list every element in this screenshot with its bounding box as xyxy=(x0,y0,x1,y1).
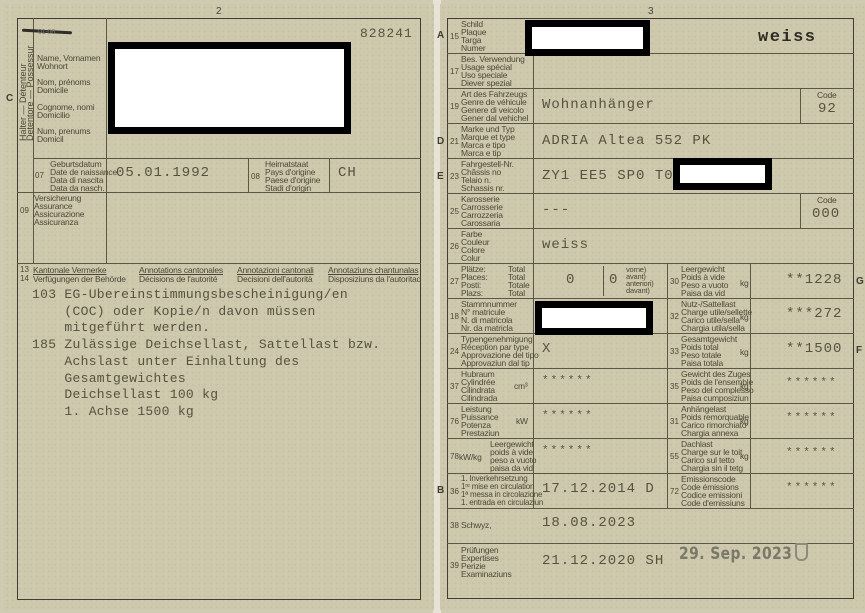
vehicle-type-code-label: Code xyxy=(817,91,837,99)
field-31-number: 31 xyxy=(670,417,679,426)
crossed-code: 01-06 xyxy=(38,29,55,37)
divider xyxy=(329,158,330,192)
row-14-col-2: Decisioni dell'autorità xyxy=(237,275,312,283)
field-17-number: 17 xyxy=(450,67,459,76)
field-27-front-3: davant) xyxy=(626,287,650,295)
field-55-unit: kg xyxy=(740,452,749,460)
total-weight-value: **1500 xyxy=(786,341,842,357)
divider xyxy=(17,263,421,264)
field-24-number: 24 xyxy=(450,347,459,356)
field-38-label: Schwyz, xyxy=(461,521,491,529)
field-26-label-3: Colur xyxy=(461,254,480,262)
power-weight-ratio-value: ****** xyxy=(542,445,594,457)
inspection-stamp: 29. Sep. 2023 xyxy=(679,544,792,564)
empty-weight-value: **1228 xyxy=(786,272,842,288)
issue-date-value: 18.08.2023 xyxy=(542,515,636,531)
row-13-col-0: Kantonale Vermerke xyxy=(33,266,106,274)
field-36-number: 36 xyxy=(450,487,459,496)
annotation-line-2: mitgeführt werden. xyxy=(32,320,210,336)
holder-label-3: Domicile xyxy=(37,86,68,94)
field-23-label-3: Schassis nr. xyxy=(461,184,504,192)
field-18-label-3: Nr. da matricla xyxy=(461,324,513,332)
field-33-label-3: Paisa totala xyxy=(681,359,723,367)
field-18-number: 18 xyxy=(450,312,459,321)
field-21-label-3: Marca e tip xyxy=(461,149,501,157)
field-32-number: 32 xyxy=(670,312,679,321)
field-78-prefix: kW/kg xyxy=(459,453,482,461)
body-type-code: 000 xyxy=(812,206,840,222)
field-24-label-3: Approvaziun dal tip xyxy=(461,359,530,367)
letter-d: D xyxy=(437,136,444,147)
roof-load-value: ****** xyxy=(786,447,838,459)
field-27-label-3: Plazs: xyxy=(461,289,483,297)
field-09-label-3: Assicuranza xyxy=(34,218,78,226)
body-type-value: --- xyxy=(542,202,570,218)
field-55-number: 55 xyxy=(670,452,679,461)
stamp-shield-icon xyxy=(795,543,808,561)
field-72-number: 72 xyxy=(670,487,679,496)
field-30-number: 30 xyxy=(670,277,679,286)
field-37-label-3: Cilindrada xyxy=(461,394,497,402)
field-23-number: 23 xyxy=(450,172,459,181)
field-72-label-3: Code d'emissiuns xyxy=(681,499,745,507)
type-approval-value: X xyxy=(542,341,551,357)
field-32-unit: kg xyxy=(740,313,749,321)
row-14-col-3: Disposiziuns da l'autoritad xyxy=(328,275,421,283)
divider xyxy=(447,368,854,369)
field-17-label-3: Diever spezial xyxy=(461,79,512,87)
divider xyxy=(447,508,854,509)
row-13-col-3: Annotaziuns chantunalas xyxy=(328,266,418,274)
field-15-number: 15 xyxy=(450,32,459,41)
field-27-total-3: Total xyxy=(508,289,525,297)
seats-total-value: 0 xyxy=(566,272,575,288)
payload-value: ***272 xyxy=(786,306,842,322)
field-09-number: 09 xyxy=(20,206,29,215)
emission-code-value: ****** xyxy=(786,482,838,494)
divider xyxy=(106,18,107,263)
field-33-number: 33 xyxy=(670,347,679,356)
field-21-number: 21 xyxy=(450,137,459,146)
field-26-number: 26 xyxy=(450,242,459,251)
field-31-label-3: Chargia annexa xyxy=(681,429,738,437)
divider xyxy=(800,88,801,123)
field-36-label-3: 1. entrada en circulaziun xyxy=(461,499,543,507)
displacement-value: ****** xyxy=(542,375,594,387)
birth-date-value: 05.01.1992 xyxy=(116,165,210,181)
letter-g: G xyxy=(856,276,864,287)
field-30-label-3: Paisa da vid xyxy=(681,289,725,297)
field-19-label-3: Gener dal vehichel xyxy=(461,114,528,122)
divider xyxy=(447,403,854,404)
field-07-number: 07 xyxy=(35,171,44,180)
field-25-number: 25 xyxy=(450,207,459,216)
letter-f: F xyxy=(856,345,862,356)
field-33-unit: kg xyxy=(740,348,749,356)
annotation-line-0: 103 EG-Ubereinstimmungsbescheinigung/en xyxy=(32,287,348,303)
field-39-number: 39 xyxy=(450,561,459,570)
towing-capacity-value: ****** xyxy=(786,412,838,424)
chassis-number-value: ZY1 EE5 SP0 T00 xyxy=(542,168,683,184)
holder-label-7: Domicil xyxy=(37,135,63,143)
field-39-label-3: Examinaziuns xyxy=(461,570,512,578)
letter-b: B xyxy=(437,485,444,496)
annotation-line-3: 185 Zulässige Deichsellast, Sattellast b… xyxy=(32,337,380,353)
field-78-label-3: paisa da vid xyxy=(490,464,533,472)
divider xyxy=(800,193,801,228)
field-35-label-3: Paisa cumposiziun xyxy=(681,394,748,402)
vehicle-type-code: 92 xyxy=(818,101,837,117)
field-32-label-3: Chargia utila/sella xyxy=(681,324,745,332)
divider xyxy=(447,228,854,229)
divider xyxy=(447,543,854,544)
holder-side-label-2: Detentore — Possessur xyxy=(26,45,35,141)
divider xyxy=(248,158,249,192)
field-08-label-3: Stadi d'origin xyxy=(265,184,311,192)
field-35-number: 35 xyxy=(670,382,679,391)
field-76-label-3: Prestaziun xyxy=(461,429,499,437)
divider xyxy=(667,263,668,508)
page-number-left: 2 xyxy=(216,6,222,17)
section-letter-c: C xyxy=(6,93,13,104)
holder-name-redaction xyxy=(108,42,351,134)
serial-number: 828241 xyxy=(360,26,413,41)
field-25-label-3: Carossaria xyxy=(461,219,500,227)
field-55-label-3: Chargia sin il tetg xyxy=(681,464,743,472)
holder-label-5: Domicilio xyxy=(37,111,70,119)
row-14-number: 14 xyxy=(20,274,29,283)
home-country-value: CH xyxy=(338,165,357,181)
chassis-number-redaction xyxy=(673,158,772,190)
power-value: ****** xyxy=(542,410,594,422)
field-07-label-3: Data da nasch. xyxy=(50,184,104,192)
row-13-number: 13 xyxy=(20,265,29,274)
row-14-col-1: Décisions de l'autorité xyxy=(139,275,217,283)
annotation-line-1: (COC) oder Kopie/n davon müssen xyxy=(32,304,316,320)
plate-number-redaction xyxy=(525,20,650,56)
field-15-label-3: Numer xyxy=(461,44,486,52)
field-30-unit: kg xyxy=(740,279,749,287)
annotation-line-5: Gesamtgewichtes xyxy=(32,371,186,387)
field-78-number: 78 xyxy=(450,452,459,461)
field-38-number: 38 xyxy=(450,521,459,530)
row-13-col-1: Annotations cantonales xyxy=(139,266,223,274)
vehicle-type-value: Wohnanhänger xyxy=(542,97,655,113)
row-13-col-2: Annotazioni cantonali xyxy=(237,266,314,274)
plate-color-value: weiss xyxy=(758,28,817,47)
color-value: weiss xyxy=(542,237,589,253)
divider xyxy=(447,193,854,194)
field-08-number: 08 xyxy=(251,172,260,181)
annotation-line-4: Achslast unter Einhaltung des xyxy=(32,354,299,370)
holder-label-1: Wohnort xyxy=(37,62,68,70)
field-76-unit: kW xyxy=(516,417,528,425)
row-14-col-0: Verfügungen der Behörde xyxy=(33,275,126,283)
divider xyxy=(603,266,604,296)
make-model-value: ADRIA Altea 552 PK xyxy=(542,133,711,149)
seats-front-value: 0 xyxy=(609,272,618,288)
field-37-unit: cm³ xyxy=(514,382,528,390)
first-registration-value: 17.12.2014 D xyxy=(542,481,655,497)
annotation-line-6: Deichsellast 100 kg xyxy=(32,387,218,403)
letter-a: A xyxy=(437,30,444,41)
page-number-right: 3 xyxy=(648,6,654,17)
field-31-unit: kg xyxy=(740,417,749,425)
field-37-number: 37 xyxy=(450,382,459,391)
field-76-number: 76 xyxy=(450,417,459,426)
annotation-line-7: 1. Achse 1500 kg xyxy=(32,404,194,420)
train-weight-value: ****** xyxy=(786,377,838,389)
matriculation-number-redaction xyxy=(535,301,653,335)
field-27-number: 27 xyxy=(450,277,459,286)
letter-e: E xyxy=(437,171,444,182)
inspection-date-value: 21.12.2020 SH xyxy=(542,553,664,569)
body-type-code-label: Code xyxy=(817,196,837,204)
field-19-number: 19 xyxy=(450,102,459,111)
field-35-unit: kg xyxy=(740,382,749,390)
